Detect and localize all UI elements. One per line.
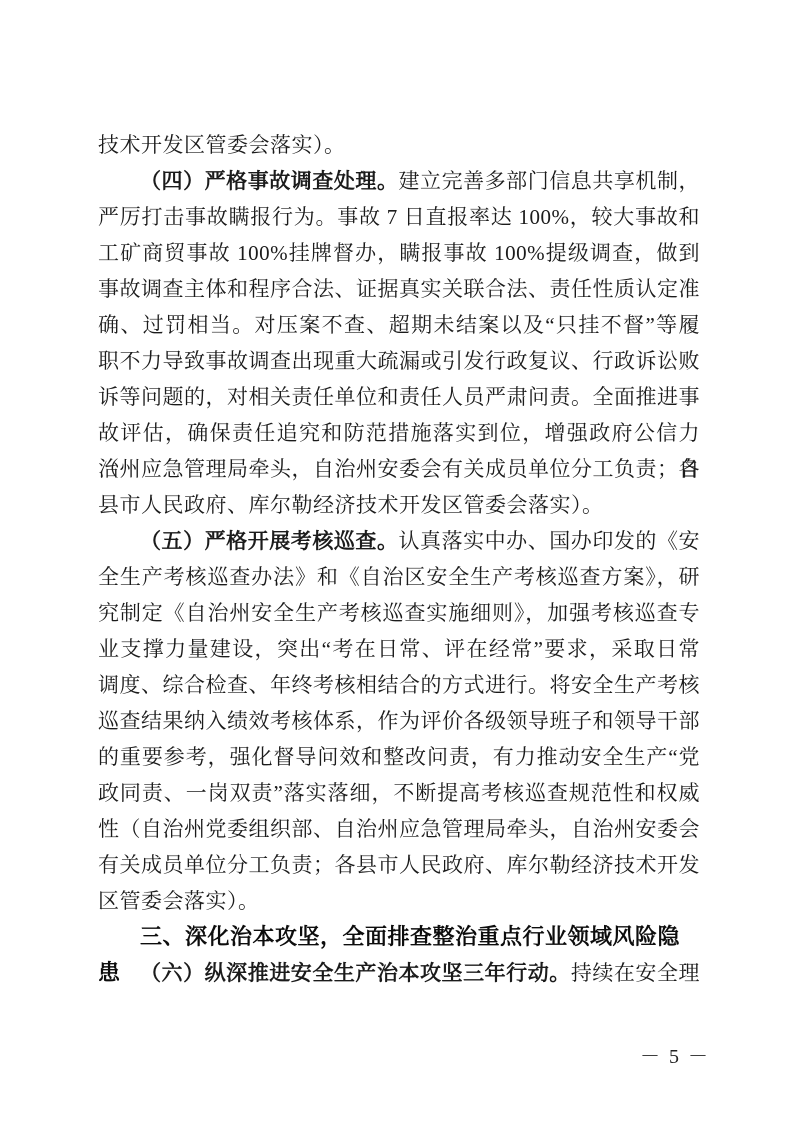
doc-line: 究制定《自治州安全生产考核巡查实施细则》，加强考核巡查专 (98, 595, 700, 631)
line-text: 究制定《自治州安全生产考核巡查实施细则》，加强考核巡查专 (98, 601, 700, 625)
doc-line: 治州应急管理局牵头，自治州安委会有关成员单位分工负责；各 (98, 451, 700, 487)
document-page: 技术开发区管委会落实）。 （四）严格事故调查处理。建立完善多部门信息共享机制， … (0, 0, 793, 1122)
doc-line: 巡查结果纳入绩效考核体系，作为评价各级领导班子和领导干部 (98, 703, 700, 739)
line-text: 业支撑力量建设，突出“考在日常、评在经常”要求，采取日常 (98, 637, 700, 661)
line-text: 区管委会落实）。 (98, 889, 260, 913)
item-heading: （四）严格事故调查处理。 (140, 169, 398, 193)
line-text: 事故调查主体和程序合法、证据真实关联合法、责任性质认定准 (98, 277, 700, 301)
line-text: 持续在安全理 (571, 961, 700, 985)
line-text: 技术开发区管委会落实）。 (98, 133, 346, 157)
doc-line: 有关成员单位分工负责；各县市人民政府、库尔勒经济技术开发 (98, 847, 700, 883)
line-text: 政同责、一岗双责”落实落细，不断提高考核巡查规范性和权威 (98, 781, 700, 805)
line-text: 治州应急管理局牵头，自治州安委会有关成员单位分工负责；各 (98, 457, 700, 481)
doc-line: 诉等问题的，对相关责任单位和责任人员严肃问责。全面推进事 (98, 379, 700, 415)
doc-line: 区管委会落实）。 (98, 883, 700, 919)
doc-line: 技术开发区管委会落实）。 (98, 127, 700, 163)
document-body: 技术开发区管委会落实）。 （四）严格事故调查处理。建立完善多部门信息共享机制， … (98, 127, 700, 991)
item-heading: （六）纵深推进安全生产治本攻坚三年行动。 (140, 961, 571, 985)
line-text: 性（自治州党委组织部、自治州应急管理局牵头，自治州安委会 (98, 817, 700, 841)
line-text: 职不力导致事故调查出现重大疏漏或引发行政复议、行政诉讼败 (98, 349, 700, 373)
line-text: 调度、综合检查、年终考核相结合的方式进行。将安全生产考核 (98, 673, 700, 697)
doc-line: 县市人民政府、库尔勒经济技术开发区管委会落实）。 (98, 487, 700, 523)
doc-line: 性（自治州党委组织部、自治州应急管理局牵头，自治州安委会 (98, 811, 700, 847)
section-heading: 三、深化治本攻坚，全面排查整治重点行业领域风险隐患 (98, 919, 700, 955)
line-text: 巡查结果纳入绩效考核体系，作为评价各级领导班子和领导干部 (98, 709, 700, 733)
doc-line: 严厉打击事故瞒报行为。事故 7 日直报率达 100%，较大事故和 (98, 199, 700, 235)
doc-line: （四）严格事故调查处理。建立完善多部门信息共享机制， (98, 163, 700, 199)
doc-line: 全生产考核巡查办法》和《自治区安全生产考核巡查方案》，研 (98, 559, 700, 595)
doc-line: （六）纵深推进安全生产治本攻坚三年行动。持续在安全理 (98, 955, 700, 991)
line-text: 建立完善多部门信息共享机制， (398, 169, 700, 193)
doc-line: 政同责、一岗双责”落实落细，不断提高考核巡查规范性和权威 (98, 775, 700, 811)
doc-line: 的重要参考，强化督导问效和整改问责，有力推动安全生产“党 (98, 739, 700, 775)
doc-line: 业支撑力量建设，突出“考在日常、评在经常”要求，采取日常 (98, 631, 700, 667)
line-text: 诉等问题的，对相关责任单位和责任人员严肃问责。全面推进事 (98, 385, 700, 409)
doc-line: 事故调查主体和程序合法、证据真实关联合法、责任性质认定准 (98, 271, 700, 307)
doc-line: （五）严格开展考核巡查。认真落实中办、国办印发的《安 (98, 523, 700, 559)
line-text: 工矿商贸事故 100%挂牌督办，瞒报事故 100%提级调查，做到 (98, 241, 700, 265)
line-text: 严厉打击事故瞒报行为。事故 7 日直报率达 100%，较大事故和 (98, 205, 700, 229)
doc-line: 故评估，确保责任追究和防范措施落实到位，增强政府公信力（自 (98, 415, 700, 451)
doc-line: 职不力导致事故调查出现重大疏漏或引发行政复议、行政诉讼败 (98, 343, 700, 379)
line-text: 全生产考核巡查办法》和《自治区安全生产考核巡查方案》，研 (98, 565, 700, 589)
line-text: 认真落实中办、国办印发的《安 (398, 529, 700, 553)
line-text: 有关成员单位分工负责；各县市人民政府、库尔勒经济技术开发 (98, 853, 700, 877)
doc-line: 确、过罚相当。对压案不查、超期未结案以及“只挂不督”等履 (98, 307, 700, 343)
line-text: 确、过罚相当。对压案不查、超期未结案以及“只挂不督”等履 (98, 313, 700, 337)
doc-line: 工矿商贸事故 100%挂牌督办，瞒报事故 100%提级调查，做到 (98, 235, 700, 271)
line-text: 的重要参考，强化督导问效和整改问责，有力推动安全生产“党 (98, 745, 700, 769)
page-number: － 5 － (640, 1040, 710, 1069)
line-text: 县市人民政府、库尔勒经济技术开发区管委会落实）。 (98, 493, 604, 517)
doc-line: 调度、综合检查、年终考核相结合的方式进行。将安全生产考核 (98, 667, 700, 703)
item-heading: （五）严格开展考核巡查。 (140, 529, 398, 553)
